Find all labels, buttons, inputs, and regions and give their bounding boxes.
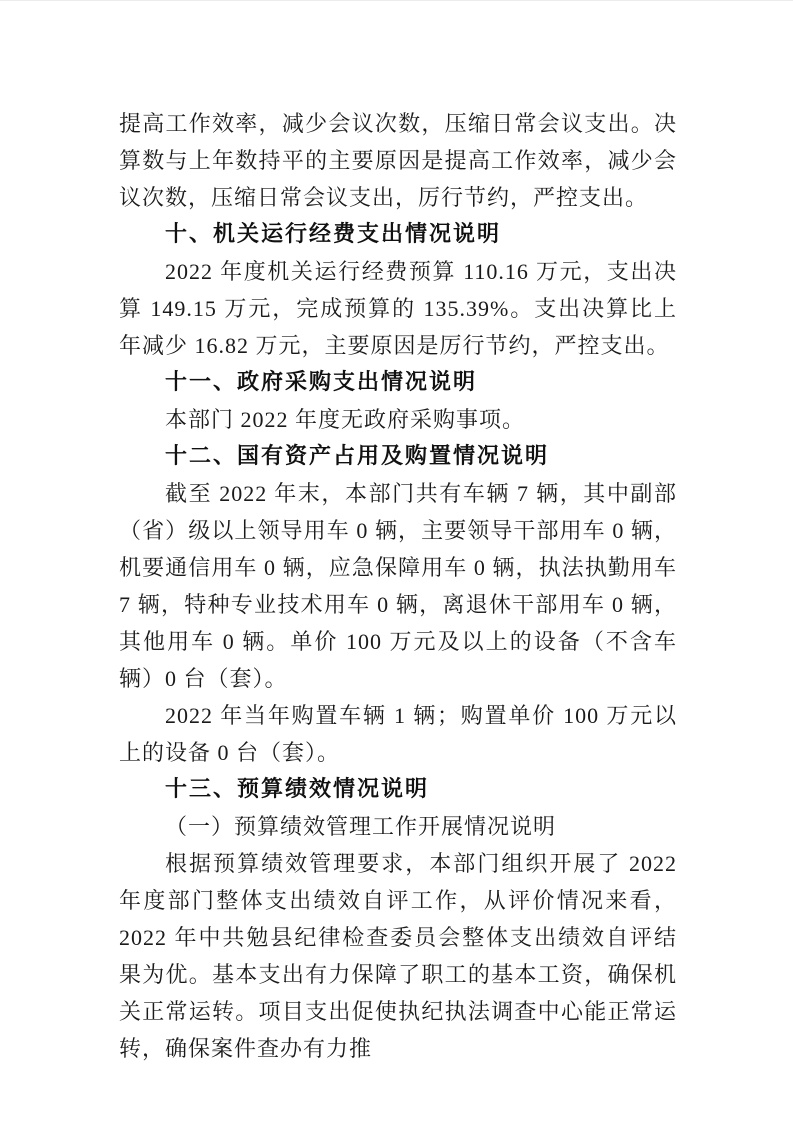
section-13-heading-budget-performance: 十三、预算绩效情况说明 — [119, 771, 677, 808]
section-11-heading-government-procurement: 十一、政府采购支出情况说明 — [119, 364, 677, 401]
document-text-block: 提高工作效率，减少会议次数，压缩日常会议支出。决算数与上年数持平的主要原因是提高… — [119, 105, 677, 1067]
section-10-paragraph-operating-expenses: 2022 年度机关运行经费预算 110.16 万元，支出决算 149.15 万元… — [119, 253, 677, 364]
section-10-heading-operating-expenses: 十、机关运行经费支出情况说明 — [119, 216, 677, 253]
section-13-subheading-performance-management: （一）预算绩效管理工作开展情况说明 — [119, 808, 677, 845]
section-13-paragraph-self-evaluation: 根据预算绩效管理要求，本部门组织开展了 2022 年度部门整体支出绩效自评工作，… — [119, 845, 677, 1067]
continued-paragraph-meeting-expenses: 提高工作效率，减少会议次数，压缩日常会议支出。决算数与上年数持平的主要原因是提高… — [119, 105, 677, 216]
section-12-heading-state-assets: 十二、国有资产占用及购置情况说明 — [119, 438, 677, 475]
document-page: 提高工作效率，减少会议次数，压缩日常会议支出。决算数与上年数持平的主要原因是提高… — [0, 0, 793, 1122]
section-11-paragraph-government-procurement: 本部门 2022 年度无政府采购事项。 — [119, 401, 677, 438]
section-12-paragraph-vehicle-inventory: 截至 2022 年末，本部门共有车辆 7 辆，其中副部（省）级以上领导用车 0 … — [119, 475, 677, 697]
section-12-paragraph-current-year-purchases: 2022 年当年购置车辆 1 辆；购置单价 100 万元以上的设备 0 台（套）… — [119, 697, 677, 771]
